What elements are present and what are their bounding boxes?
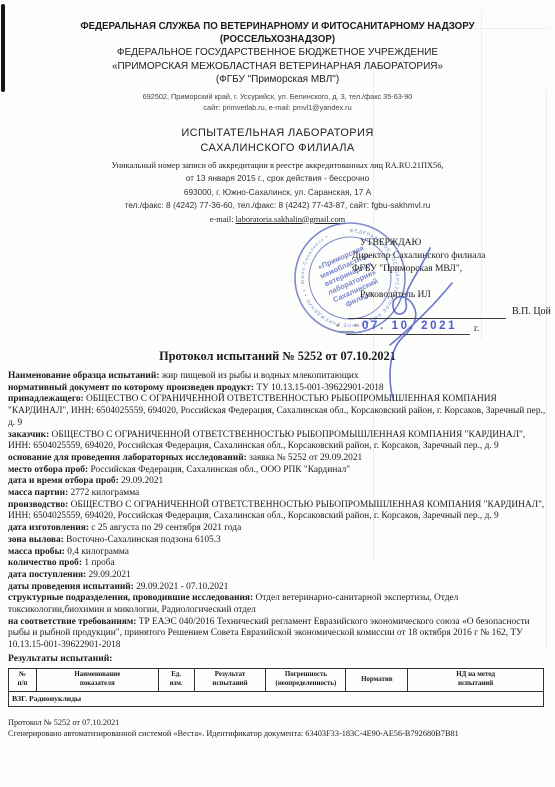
branch-header: ИСПЫТАТЕЛЬНАЯ ЛАБОРАТОРИЯ САХАЛИНСКОГО Ф… — [0, 126, 555, 226]
field-compliance: на соответствие требованиям: ТР ЕАЭС 040… — [8, 617, 546, 652]
field-departments: структурные подразделения, проводившие и… — [8, 593, 546, 616]
col-number: №п/п — [9, 669, 37, 691]
field-customer: заказчик: ОБЩЕСТВО С ОГРАНИЧЕННОЙ ОТВЕТС… — [8, 430, 546, 453]
document-title: Протокол испытаний № 5252 от 07.10.2021 — [0, 349, 555, 364]
field-catch-zone: зона вылова: Восточно-Сахалинская подзон… — [8, 535, 546, 547]
lab-title-line2: САХАЛИНСКОГО ФИЛИАЛА — [0, 141, 555, 156]
branch-address: 693000, г. Южно-Сахалинск, ул. Саранская… — [0, 186, 555, 200]
field-sampling-date: дата и время отбора проб: 29.09.2021 — [8, 476, 546, 488]
field-sampling-place: место отбора проб: Российская Федерация,… — [8, 465, 546, 477]
field-value: 29.09.2021 — [121, 476, 163, 486]
agency-name-line2: (РОССЕЛЬХОЗНАДЗОР) — [0, 33, 555, 46]
accreditation-line1: Уникальный номер записи об аккредитации … — [0, 159, 555, 172]
field-value: ОБЩЕСТВО С ОГРАНИЧЕННОЙ ОТВЕТСТВЕННОСТЬЮ… — [8, 500, 544, 522]
field-value: 1 проба — [84, 558, 114, 568]
col-result: Результатиспытаний — [194, 669, 266, 691]
protocol-body: Наименование образца испытаний: жир пище… — [8, 371, 546, 740]
field-label: принадлежащего: — [8, 394, 84, 404]
field-label: производство: — [8, 500, 68, 510]
col-method: НД на методиспытаний — [408, 669, 544, 691]
institution-address: 692502, Приморский край, г. Уссурийск, у… — [0, 91, 555, 102]
institution-line1: ФЕДЕРАЛЬНОЕ ГОСУДАРСТВЕННОЕ БЮДЖЕТНОЕ УЧ… — [0, 46, 555, 60]
agency-name-line1: ФЕДЕРАЛЬНАЯ СЛУЖБА ПО ВЕТЕРИНАРНОМУ И ФИ… — [0, 20, 555, 33]
field-value: 29.09.2021 - 07.10.2021 — [136, 582, 228, 592]
group-row-radionuclides: ВЗГ. Радионуклиды — [9, 691, 544, 706]
institution-line2: «ПРИМОРСКАЯ МЕЖОБЛАСТНАЯ ВЕТЕРИНАРНАЯ ЛА… — [0, 60, 555, 74]
field-value: 29.09.2021 — [89, 570, 131, 580]
field-value: Российская Федерация, Сахалинская обл., … — [90, 465, 350, 475]
institution-contacts: сайт: primvetlab.ru, e-mail: pmvl1@yande… — [0, 102, 555, 113]
field-production-date: дата изготовления: с 25 августа по 29 се… — [8, 523, 546, 535]
field-value: ОБЩЕСТВО С ОГРАНИЧЕННОЙ ОТВЕТСТВЕННОСТЬЮ… — [8, 430, 525, 452]
lab-title-line1: ИСПЫТАТЕЛЬНАЯ ЛАБОРАТОРИЯ — [0, 126, 555, 141]
field-label: дата и время отбора проб: — [8, 476, 119, 486]
field-sample-count: количество проб: 1 проба — [8, 558, 546, 570]
branch-phones: тел./факс: 8 (4242) 77-36-60, тел./факс:… — [0, 199, 555, 213]
field-label: заказчик: — [8, 430, 49, 440]
table-row: ВЗГ. Радионуклиды — [9, 691, 544, 706]
field-label: масса партии: — [8, 488, 68, 498]
field-label: основание для проведения лабораторных ис… — [8, 453, 247, 463]
field-producer: производство: ОБЩЕСТВО С ОГРАНИЧЕННОЙ ОТ… — [8, 500, 546, 523]
field-value: с 25 августа по 29 сентября 2021 года — [91, 523, 241, 533]
col-unit: Ед.изм. — [158, 669, 194, 691]
field-receipt-date: дата поступления: 29.09.2021 — [8, 570, 546, 582]
email-label: e-mail: — [210, 215, 234, 224]
institution-short-name: (ФГБУ "Приморская МВЛ") — [0, 73, 555, 87]
footer-protocol-ref: Протокол № 5252 от 07.10.2021 — [8, 717, 546, 729]
field-label: нормативный документ по которому произве… — [8, 383, 254, 393]
footer-generated-note: Сгенерировано автоматизированной системо… — [8, 728, 546, 740]
field-value: 0,4 килограмма — [67, 547, 129, 557]
field-label: масса пробы: — [8, 547, 65, 557]
field-label: Наименование образца испытаний: — [8, 371, 159, 381]
col-standard: Норматив — [346, 669, 408, 691]
field-label: дата изготовления: — [8, 523, 89, 533]
col-uncertainty: Погрешность(неопределенность) — [266, 669, 346, 691]
field-batch-weight: масса партии: 2772 килограмма — [8, 488, 546, 500]
date-line-suffix: г. — [474, 324, 479, 334]
protocol-document-page: ФЕДЕРАЛЬНАЯ СЛУЖБА ПО ВЕТЕРИНАРНОМУ И ФИ… — [0, 0, 555, 787]
field-value: заявка № 5252 от 29.09.2021 — [249, 453, 362, 463]
signature — [330, 235, 470, 407]
field-basis: основание для проведения лабораторных ис… — [8, 453, 546, 465]
field-value: 2772 килограмма — [71, 488, 140, 498]
results-table: №п/п Наименованиепоказателя Ед.изм. Резу… — [8, 668, 544, 706]
accreditation-line2: от 13 января 2015 г., срок действия - бе… — [0, 172, 555, 186]
field-sample-weight: масса пробы: 0,4 килограмма — [8, 547, 546, 559]
field-testing-dates: даты проведения испытаний: 29.09.2021 - … — [8, 582, 546, 594]
approver-name: В.П. Цой — [512, 306, 551, 317]
branch-email-line: e-mail: laboratoria.sakhalin@gmail.com — [0, 213, 555, 227]
field-label: на соответствие требованиям: — [8, 617, 136, 627]
field-label: дата поступления: — [8, 570, 86, 580]
field-label: даты проведения испытаний: — [8, 582, 134, 592]
col-indicator-name: Наименованиепоказателя — [36, 669, 158, 691]
field-value: Восточно-Сахалинская подзона 6105.3 — [66, 535, 221, 545]
results-section-label: Результаты испытаний: — [8, 653, 546, 666]
field-label: место отбора проб: — [8, 465, 88, 475]
document-footer: Протокол № 5252 от 07.10.2021 Сгенериров… — [8, 717, 546, 740]
agency-header: ФЕДЕРАЛЬНАЯ СЛУЖБА ПО ВЕТЕРИНАРНОМУ И ФИ… — [0, 20, 555, 113]
field-label: количество проб: — [8, 558, 82, 568]
field-label: зона вылова: — [8, 535, 64, 545]
field-label: структурные подразделения, проводившие и… — [8, 593, 253, 603]
results-table-header-row: №п/п Наименованиепоказателя Ед.изм. Резу… — [9, 669, 544, 691]
